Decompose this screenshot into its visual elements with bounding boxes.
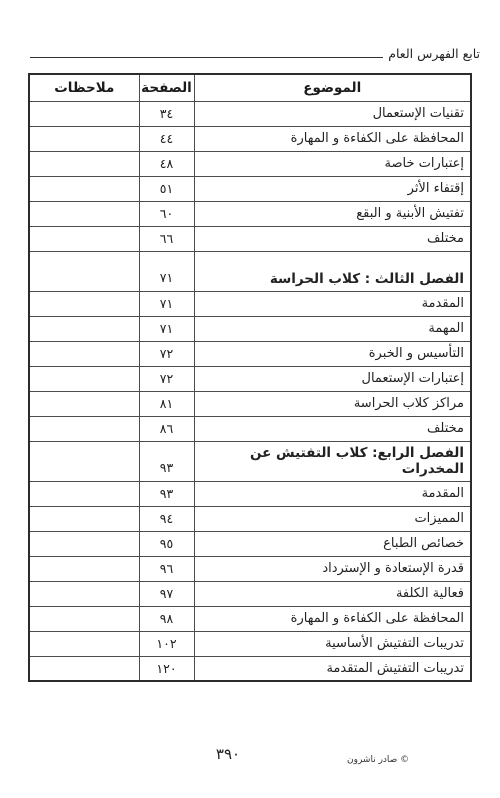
subject-cell: المقدمة [194,481,471,506]
subject-cell: تفتيش الأبنية و البقع [194,201,471,226]
subject-cell: المحافظة على الكفاءة و المهارة [194,126,471,151]
subject-cell: إعتبارات الإستعمال [194,366,471,391]
page-cell: ٩٧ [139,581,194,606]
table-row: مختلف٨٦ [29,416,471,441]
running-head: تابع الفهرس العام [30,46,480,61]
notes-cell [29,291,139,316]
subject-column-header: الموضوع [194,74,471,101]
table-row: تدريبات التفتيش الأساسية١٠٢ [29,631,471,656]
notes-cell [29,556,139,581]
notes-cell [29,251,139,291]
table-row: المحافظة على الكفاءة و المهارة٤٤ [29,126,471,151]
notes-cell [29,656,139,681]
notes-cell [29,481,139,506]
subject-cell: المميزات [194,506,471,531]
scanned-document-page: تابع الفهرس العام الموضوع الصفحة ملاحظات… [0,0,500,798]
publisher-copyright: © صادر ناشرون [347,755,409,765]
chapter-row: الفصل الرابع: كلاب التفتيش عن المخدرات٩٣ [29,441,471,481]
table-row: المقدمة٧١ [29,291,471,316]
notes-column-header: ملاحظات [29,74,139,101]
table-row: إقتفاء الأثر٥١ [29,176,471,201]
notes-cell [29,341,139,366]
subject-cell: تدريبات التفتيش المتقدمة [194,656,471,681]
table-row: تدريبات التفتيش المتقدمة١٢٠ [29,656,471,681]
notes-cell [29,201,139,226]
subject-cell: إقتفاء الأثر [194,176,471,201]
subject-cell: فعالية الكلفة [194,581,471,606]
page-cell: ٩٣ [139,441,194,481]
table-row: قدرة الإستعادة و الإسترداد٩٦ [29,556,471,581]
notes-cell [29,151,139,176]
notes-cell [29,391,139,416]
page-cell: ١٠٢ [139,631,194,656]
table-row: التأسيس و الخبرة٧٢ [29,341,471,366]
notes-cell [29,441,139,481]
toc-table-header: الموضوع الصفحة ملاحظات [29,74,471,101]
table-row: مختلف٦٦ [29,226,471,251]
table-row: المميزات٩٤ [29,506,471,531]
page-cell: ٣٤ [139,101,194,126]
running-head-rule [30,57,383,58]
page-cell: ٧٢ [139,366,194,391]
page-cell: ٥١ [139,176,194,201]
page-cell: ٩٦ [139,556,194,581]
page-cell: ٦٠ [139,201,194,226]
subject-cell: خصائص الطباع [194,531,471,556]
table-row: المهمة٧١ [29,316,471,341]
header-row: الموضوع الصفحة ملاحظات [29,74,471,101]
table-row: تفتيش الأبنية و البقع٦٠ [29,201,471,226]
notes-cell [29,176,139,201]
subject-cell: مختلف [194,226,471,251]
page-cell: ١٢٠ [139,656,194,681]
page-cell: ٤٨ [139,151,194,176]
subject-cell: المهمة [194,316,471,341]
toc-table-body: تقنيات الإستعمال٣٤المحافظة على الكفاءة و… [29,101,471,681]
notes-cell [29,606,139,631]
subject-cell: مختلف [194,416,471,441]
running-head-title: تابع الفهرس العام [388,46,480,61]
subject-cell: المقدمة [194,291,471,316]
notes-cell [29,101,139,126]
subject-cell: الفصل الثالث : كلاب الحراسة [194,251,471,291]
notes-cell [29,316,139,341]
page-cell: ٧٢ [139,341,194,366]
page-cell: ٧١ [139,316,194,341]
table-row: خصائص الطباع٩٥ [29,531,471,556]
notes-cell [29,366,139,391]
page-cell: ٨١ [139,391,194,416]
subject-cell: تقنيات الإستعمال [194,101,471,126]
page-cell: ٧١ [139,291,194,316]
notes-cell [29,506,139,531]
page-cell: ٩٤ [139,506,194,531]
page-cell: ٩٨ [139,606,194,631]
notes-cell [29,226,139,251]
page-cell: ٧١ [139,251,194,291]
notes-cell [29,416,139,441]
page-cell: ٨٦ [139,416,194,441]
table-row: المقدمة٩٣ [29,481,471,506]
toc-table: الموضوع الصفحة ملاحظات تقنيات الإستعمال٣… [28,73,472,682]
subject-cell: تدريبات التفتيش الأساسية [194,631,471,656]
table-row: فعالية الكلفة٩٧ [29,581,471,606]
subject-cell: المحافظة على الكفاءة و المهارة [194,606,471,631]
table-row: تقنيات الإستعمال٣٤ [29,101,471,126]
page-cell: ٩٣ [139,481,194,506]
page-cell: ٩٥ [139,531,194,556]
table-row: المحافظة على الكفاءة و المهارة٩٨ [29,606,471,631]
notes-cell [29,581,139,606]
table-row: مراكز كلاب الحراسة٨١ [29,391,471,416]
page-cell: ٦٦ [139,226,194,251]
page-cell: ٤٤ [139,126,194,151]
subject-cell: التأسيس و الخبرة [194,341,471,366]
subject-cell: الفصل الرابع: كلاب التفتيش عن المخدرات [194,441,471,481]
notes-cell [29,631,139,656]
subject-cell: قدرة الإستعادة و الإسترداد [194,556,471,581]
page-column-header: الصفحة [139,74,194,101]
table-row: إعتبارات خاصة٤٨ [29,151,471,176]
table-row: إعتبارات الإستعمال٧٢ [29,366,471,391]
subject-cell: إعتبارات خاصة [194,151,471,176]
subject-cell: مراكز كلاب الحراسة [194,391,471,416]
notes-cell [29,126,139,151]
notes-cell [29,531,139,556]
chapter-row: الفصل الثالث : كلاب الحراسة٧١ [29,251,471,291]
